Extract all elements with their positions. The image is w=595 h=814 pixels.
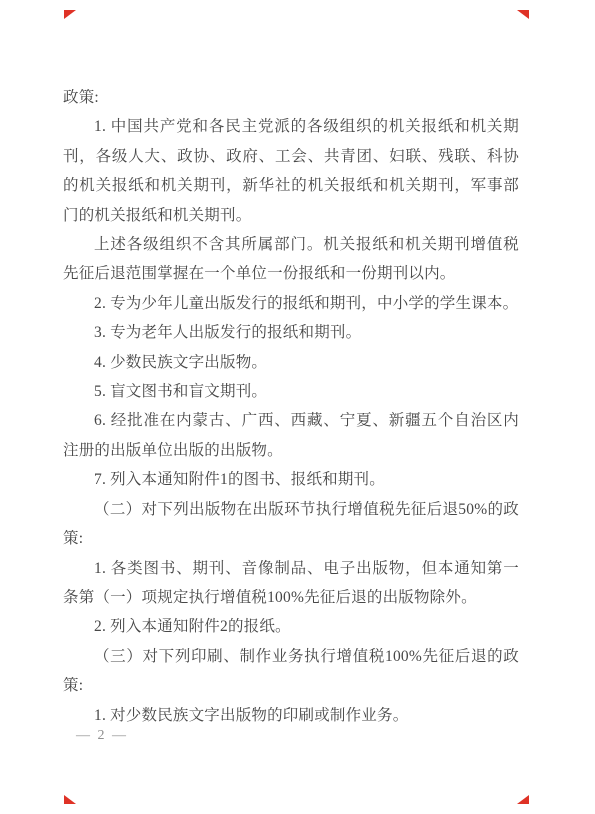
text-line: 4. 少数民族文字出版物。 — [63, 348, 519, 377]
text-line: 6. 经批准在内蒙古、广西、西藏、宁夏、新疆五个自治区内 — [63, 406, 519, 435]
text-line: 5. 盲文图书和盲文期刊。 — [63, 377, 519, 406]
text-line: 条第（一）项规定执行增值税100%先征后退的出版物除外。 — [63, 583, 519, 612]
text-line: 政策: — [63, 83, 519, 112]
corner-mark-bottom-right-icon — [517, 795, 529, 804]
text-line: 门的机关报纸和机关期刊。 — [63, 201, 519, 230]
text-line: 上述各级组织不含其所属部门。机关报纸和机关期刊增值税 — [63, 230, 519, 259]
text-line: 1. 对少数民族文字出版物的印刷或制作业务。 — [63, 701, 519, 730]
text-line: （二）对下列出版物在出版环节执行增值税先征后退50%的政 — [63, 495, 519, 524]
document-page: 政策:1. 中国共产党和各民主党派的各级组织的机关报纸和机关期刊，各级人大、政协… — [0, 0, 595, 814]
text-line: 1. 各类图书、期刊、音像制品、电子出版物，但本通知第一 — [63, 554, 519, 583]
text-line: （三）对下列印刷、制作业务执行增值税100%先征后退的政 — [63, 642, 519, 671]
text-line: 1. 中国共产党和各民主党派的各级组织的机关报纸和机关期 — [63, 112, 519, 141]
corner-mark-bottom-left-icon — [64, 795, 76, 804]
text-line: 策: — [63, 524, 519, 553]
document-body: 政策:1. 中国共产党和各民主党派的各级组织的机关报纸和机关期刊，各级人大、政协… — [63, 83, 519, 730]
text-line: 注册的出版单位出版的出版物。 — [63, 436, 519, 465]
text-line: 2. 专为少年儿童出版发行的报纸和期刊，中小学的学生课本。 — [63, 289, 519, 318]
page-number: — 2 — — [76, 728, 128, 744]
corner-mark-top-right-icon — [517, 10, 529, 19]
text-line: 策: — [63, 671, 519, 700]
text-line: 2. 列入本通知附件2的报纸。 — [63, 612, 519, 641]
text-line: 3. 专为老年人出版发行的报纸和期刊。 — [63, 318, 519, 347]
text-line: 的机关报纸和机关期刊，新华社的机关报纸和机关期刊，军事部 — [63, 171, 519, 200]
text-line: 刊，各级人大、政协、政府、工会、共青团、妇联、残联、科协 — [63, 142, 519, 171]
corner-mark-top-left-icon — [64, 10, 76, 19]
text-line: 先征后退范围掌握在一个单位一份报纸和一份期刊以内。 — [63, 259, 519, 288]
text-line: 7. 列入本通知附件1的图书、报纸和期刊。 — [63, 465, 519, 494]
